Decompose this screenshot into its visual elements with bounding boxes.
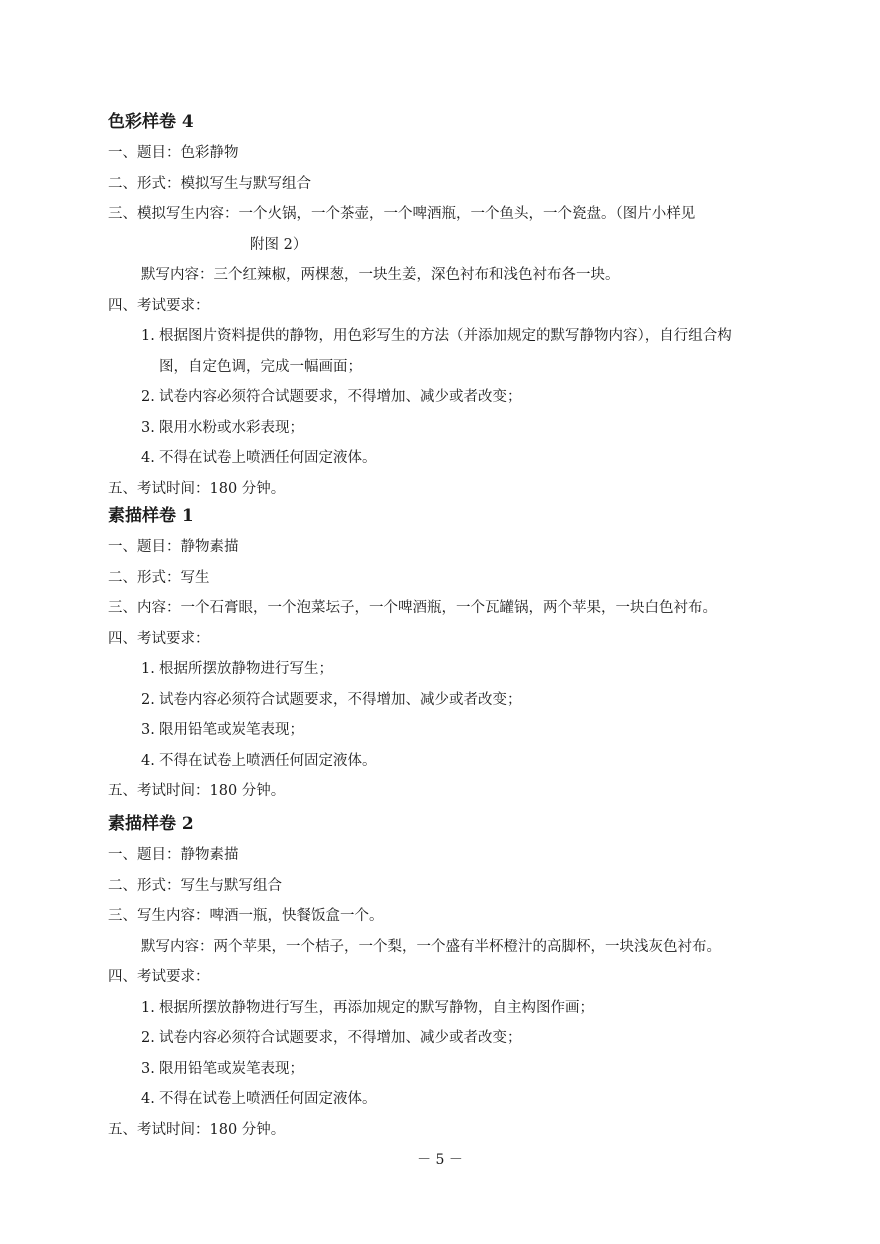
requirement-number: 3. [141,715,159,746]
requirement-number: 1. [141,321,159,352]
requirement-item: 1.根据图片资料提供的静物，用色彩写生的方法（并添加规定的默写静物内容），自行组… [108,321,788,352]
requirement-number: 2. [141,685,159,716]
requirement-number: 4. [141,443,159,474]
requirement-item: 3.限用水粉或水彩表现； [108,413,788,444]
form-line: 二、形式：写生 [108,563,788,594]
content-line: 三、写生内容：啤酒一瓶，快餐饭盒一个。 [108,901,788,932]
requirement-text: 限用铅笔或炭笔表现； [159,722,304,738]
requirement-item: 4.不得在试卷上喷洒任何固定液体。 [108,746,788,777]
requirement-number: 4. [141,746,159,777]
requirement-text: 不得在试卷上喷洒任何固定液体。 [159,450,377,466]
requirement-number: 1. [141,993,159,1024]
requirement-number: 2. [141,1023,159,1054]
memory-content-line: 默写内容：三个红辣椒，两棵葱，一块生姜，深色衬布和浅色衬布各一块。 [108,260,788,291]
requirement-text: 不得在试卷上喷洒任何固定液体。 [159,1091,377,1107]
requirements-heading: 四、考试要求： [108,624,788,655]
requirement-text: 不得在试卷上喷洒任何固定液体。 [159,753,377,769]
requirement-text: 根据所摆放静物进行写生； [159,661,333,677]
topic-line: 一、题目：静物素描 [108,532,788,563]
requirement-text: 限用水粉或水彩表现； [159,420,304,436]
requirement-number: 3. [141,1054,159,1085]
content-line: 三、模拟写生内容：一个火锅，一个茶壶，一个啤酒瓶，一个鱼头，一个瓷盘。（图片小样… [108,199,788,230]
content-line: 三、内容：一个石膏眼，一个泡菜坛子，一个啤酒瓶，一个瓦罐锅，两个苹果，一块白色衬… [108,593,788,624]
requirement-text: 试卷内容必须符合试题要求，不得增加、减少或者改变； [159,389,522,405]
page-number: － 5 － [0,1150,880,1170]
topic-line: 一、题目：色彩静物 [108,138,788,169]
requirement-text: 试卷内容必须符合试题要求，不得增加、减少或者改变； [159,1030,522,1046]
requirement-item: 1.根据所摆放静物进行写生； [108,654,788,685]
section-sketch-sample-2: 素描样卷 2 一、题目：静物素描 二、形式：写生与默写组合 三、写生内容：啤酒一… [108,808,788,1145]
requirement-continuation: 图，自定色调，完成一幅画面； [108,352,788,383]
requirement-number: 4. [141,1084,159,1115]
exam-time-line: 五、考试时间：180 分钟。 [108,1115,788,1146]
section-title: 色彩样卷 4 [108,106,788,138]
section-color-sample-4: 色彩样卷 4 一、题目：色彩静物 二、形式：模拟写生与默写组合 三、模拟写生内容… [108,106,788,504]
section-title: 素描样卷 1 [108,500,788,532]
memory-content-line: 默写内容：两个苹果，一个桔子，一个梨，一个盛有半杯橙汁的高脚杯，一块浅灰色衬布。 [108,932,788,963]
section-sketch-sample-1: 素描样卷 1 一、题目：静物素描 二、形式：写生 三、内容：一个石膏眼，一个泡菜… [108,500,788,807]
topic-line: 一、题目：静物素描 [108,840,788,871]
requirement-item: 1.根据所摆放静物进行写生，再添加规定的默写静物，自主构图作画； [108,993,788,1024]
requirement-item: 3.限用铅笔或炭笔表现； [108,715,788,746]
requirement-text: 限用铅笔或炭笔表现； [159,1061,304,1077]
requirements-heading: 四、考试要求： [108,962,788,993]
requirement-item: 3.限用铅笔或炭笔表现； [108,1054,788,1085]
exam-time-line: 五、考试时间：180 分钟。 [108,776,788,807]
section-title: 素描样卷 2 [108,808,788,840]
form-line: 二、形式：写生与默写组合 [108,871,788,902]
requirement-item: 4.不得在试卷上喷洒任何固定液体。 [108,1084,788,1115]
requirement-number: 2. [141,382,159,413]
requirement-number: 3. [141,413,159,444]
content-continuation: 附图 2） [108,230,788,261]
requirement-item: 2.试卷内容必须符合试题要求，不得增加、减少或者改变； [108,685,788,716]
requirement-item: 4.不得在试卷上喷洒任何固定液体。 [108,443,788,474]
requirement-item: 2.试卷内容必须符合试题要求，不得增加、减少或者改变； [108,382,788,413]
requirement-text: 根据所摆放静物进行写生，再添加规定的默写静物，自主构图作画； [159,1000,594,1016]
requirement-text: 根据图片资料提供的静物，用色彩写生的方法（并添加规定的默写静物内容），自行组合构 [159,328,732,344]
requirement-number: 1. [141,654,159,685]
requirement-item: 2.试卷内容必须符合试题要求，不得增加、减少或者改变； [108,1023,788,1054]
form-line: 二、形式：模拟写生与默写组合 [108,169,788,200]
requirement-text: 试卷内容必须符合试题要求，不得增加、减少或者改变； [159,692,522,708]
requirements-heading: 四、考试要求： [108,291,788,322]
